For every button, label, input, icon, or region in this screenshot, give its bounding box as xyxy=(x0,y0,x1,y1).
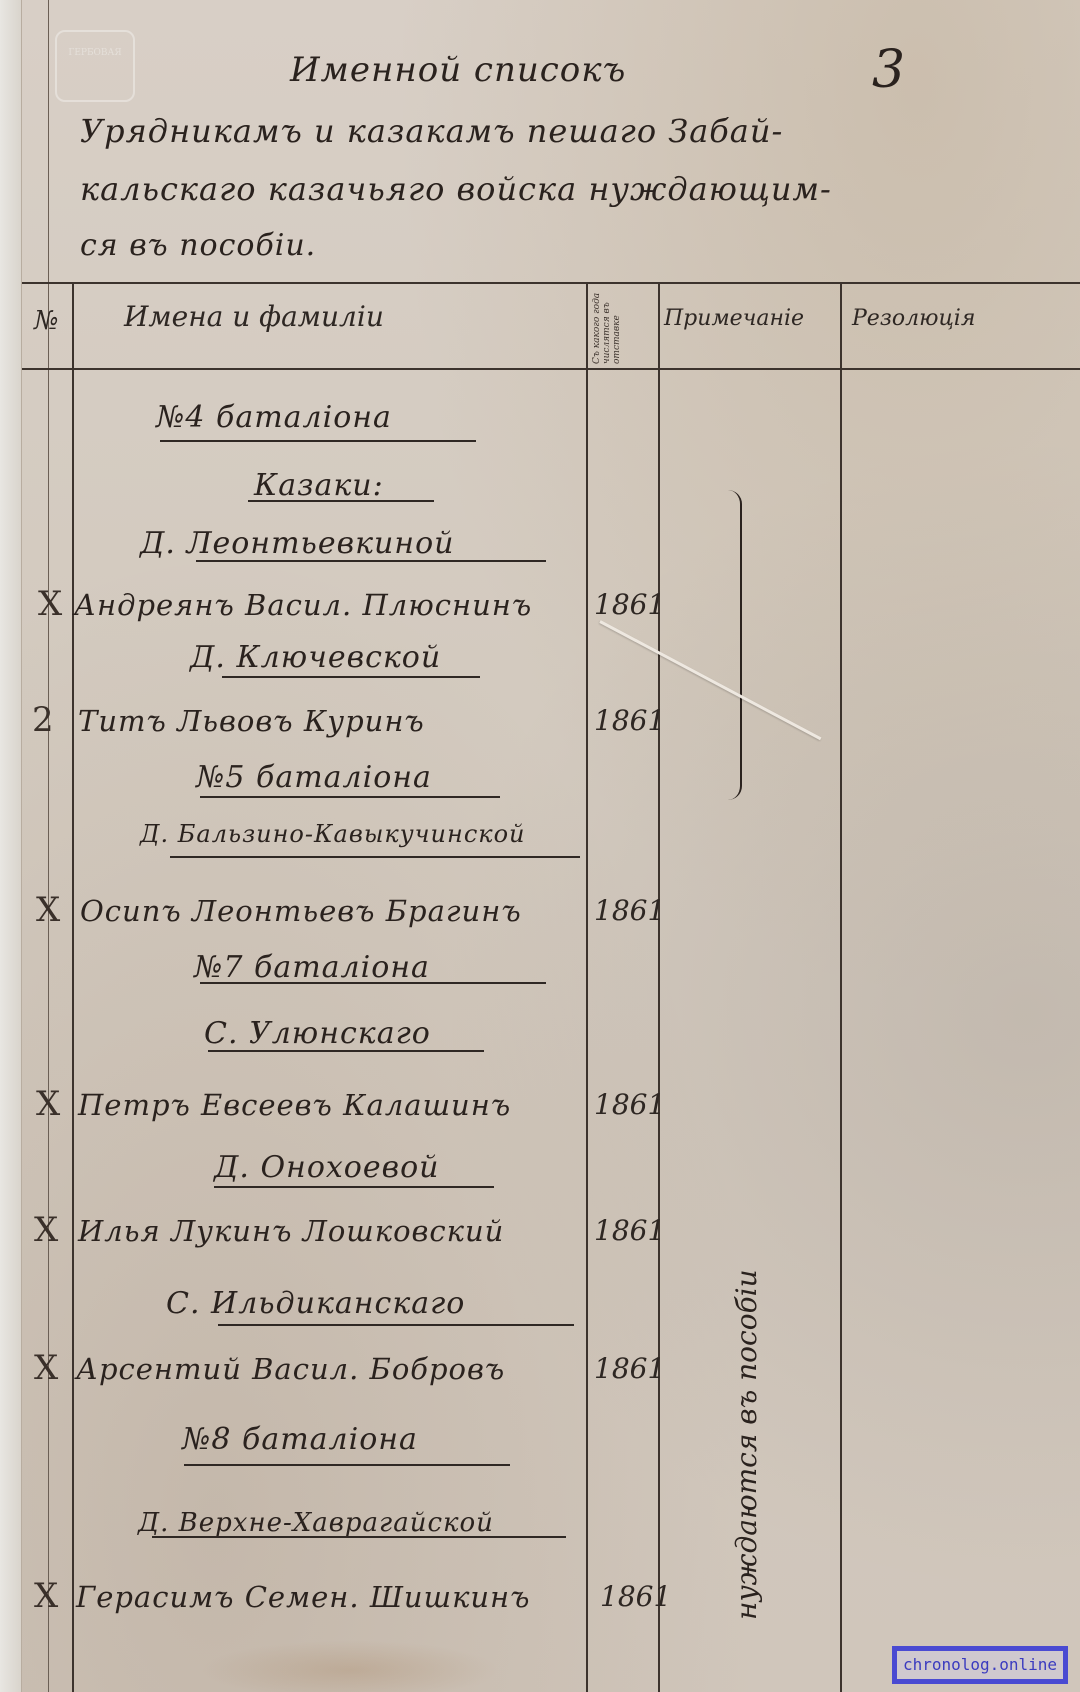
table-header-rule xyxy=(22,368,1080,370)
table-row-name: Герасимъ Семен. Шишкинъ xyxy=(76,1580,531,1614)
column-divider-notes xyxy=(840,282,842,1692)
settlement-heading: Д. Бальзино-Кавыкучинской xyxy=(140,820,526,848)
table-row-year: 1861 xyxy=(594,894,665,927)
table-row-year: 1861 xyxy=(594,1088,665,1121)
settlement-heading: С. Ильдиканскаго xyxy=(166,1286,465,1321)
water-stain xyxy=(200,1640,500,1692)
column-divider-year-left xyxy=(586,282,588,1692)
settlement-heading: Д. Верхне-Хаврагайской xyxy=(138,1508,494,1538)
battalion-heading: №8 баталiона xyxy=(182,1422,418,1457)
title-line-4: ся въ пособiи. xyxy=(80,228,316,263)
header-notes: Примечанiе xyxy=(664,306,804,331)
settlement-heading: С. Улюнскаго xyxy=(204,1016,431,1051)
underline xyxy=(196,560,546,562)
notes-vertical-text: нуждаются въ пособiи xyxy=(730,1269,763,1620)
battalion-heading: №4 баталiона xyxy=(156,400,392,435)
underline xyxy=(152,1536,566,1538)
battalion-heading: №5 баталiона xyxy=(196,760,432,795)
underline xyxy=(184,1464,510,1466)
table-row-year: 1861 xyxy=(594,1214,665,1247)
check-mark-x: X xyxy=(34,1348,58,1388)
underline xyxy=(160,440,476,442)
document-page: ГЕРБОВАЯ Именной списокъ 3 Урядникамъ и … xyxy=(0,0,1080,1692)
grouping-brace xyxy=(728,490,742,800)
battalion-heading: №7 баталiона xyxy=(194,950,430,985)
underline xyxy=(200,796,500,798)
underline xyxy=(222,676,480,678)
header-year: Съ какого года числятся въ отставке xyxy=(592,272,652,364)
table-row-year: 1861 xyxy=(594,704,665,737)
column-divider-number xyxy=(72,282,74,1692)
table-row-name: Титъ Львовъ Куринъ xyxy=(78,704,425,738)
underline xyxy=(208,1050,484,1052)
margin-line xyxy=(48,0,49,1692)
settlement-heading: Д. Леонтьевкиной xyxy=(140,526,454,561)
table-row-name: Илья Лукинъ Лошковский xyxy=(78,1214,504,1248)
watermark-text: chronolog.online xyxy=(897,1651,1063,1679)
embossed-stamp: ГЕРБОВАЯ xyxy=(55,30,135,102)
header-number: № xyxy=(34,306,59,336)
table-row-name: Петръ Евсеевъ Калашинъ xyxy=(78,1088,511,1122)
check-mark-x: X xyxy=(34,1210,58,1250)
table-top-rule xyxy=(22,282,1080,284)
watermark-badge: chronolog.online xyxy=(892,1646,1068,1684)
table-row-year: 1861 xyxy=(594,1352,665,1385)
column-divider-year-right xyxy=(658,282,660,1692)
underline xyxy=(200,982,546,984)
underline xyxy=(248,500,434,502)
check-mark-x: X xyxy=(38,584,62,624)
check-mark-x: X xyxy=(36,1084,60,1124)
table-row-name: Осипъ Леонтьевъ Брагинъ xyxy=(80,894,522,928)
title-line-2: Урядникамъ и казакамъ пешаго Забай- xyxy=(80,112,783,150)
check-mark-x: X xyxy=(36,890,60,930)
underline xyxy=(214,1186,494,1188)
page-left-edge xyxy=(0,0,22,1692)
underline xyxy=(170,856,580,858)
check-mark-x: X xyxy=(34,1576,58,1616)
table-row-year: 1861 xyxy=(594,588,665,621)
document-title: Именной списокъ xyxy=(290,50,626,90)
header-names: Имена и фамилiи xyxy=(124,300,384,333)
settlement-heading: Д. Ключевской xyxy=(190,640,441,675)
row-number: 2 xyxy=(32,700,54,740)
underline xyxy=(218,1324,574,1326)
group-subheading: Казаки: xyxy=(254,468,384,503)
page-number: 3 xyxy=(872,40,906,100)
table-row-name: Арсентий Васил. Бобровъ xyxy=(76,1352,505,1386)
table-row-year: 1861 xyxy=(600,1580,671,1613)
settlement-heading: Д. Онохоевой xyxy=(214,1150,439,1185)
header-resolution: Резолюцiя xyxy=(852,306,975,331)
table-row-name: Андреянъ Васил. Плюснинъ xyxy=(74,588,532,622)
title-line-3: кальскаго казачьяго войска нуждающим- xyxy=(80,170,832,208)
